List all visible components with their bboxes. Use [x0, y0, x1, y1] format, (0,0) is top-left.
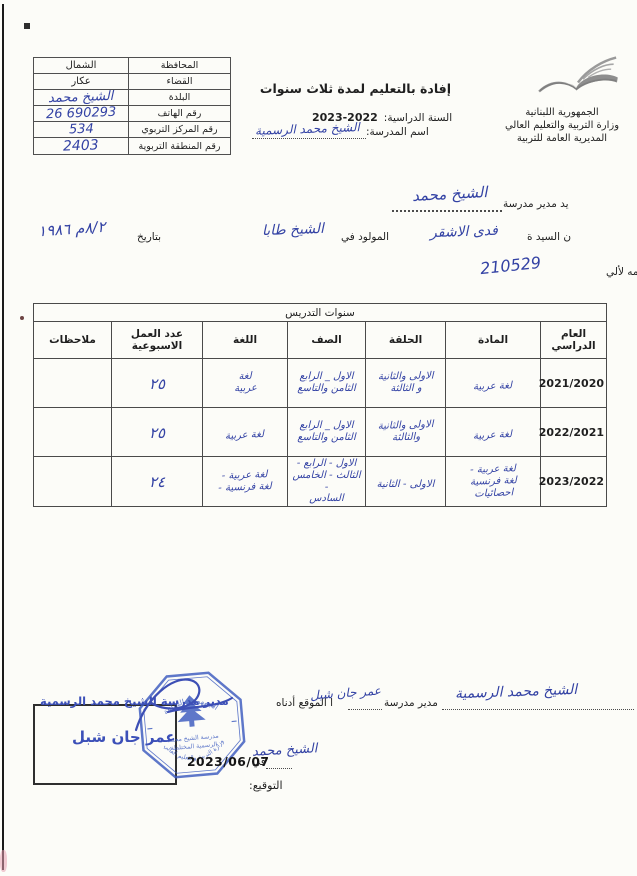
school-name-handwritten: الشيخ محمد الرسمية [255, 120, 360, 138]
subject-cell-handwritten: لغة عربية - لغة فرنسية احصائيات [469, 463, 517, 500]
issue-date-dots [266, 768, 292, 769]
subject-cell-handwritten: لغة عربية [473, 428, 513, 442]
certify-line-text: يد مدير مدرسة [503, 198, 569, 210]
cycle-cell-handwritten: الاولى - الثانية [377, 479, 435, 491]
notes-cell [34, 457, 112, 507]
phone-label: رقم الهاتف [129, 106, 231, 122]
town-value-handwritten: الشيخ محمد [48, 89, 114, 106]
handwritten-signature-squiggle [128, 668, 238, 758]
table-row: رقم المركز التربوي 534 [34, 122, 231, 138]
cycle-cell-handwritten: الاولى والثانية والثالثة [377, 419, 434, 445]
edu-zone-number-value: 2403 [63, 137, 99, 154]
district-value: عكار [34, 74, 129, 90]
scanned-document-page: المحافظة الشمال القضاء عكار البلدة الشيخ… [0, 0, 637, 876]
birthplace-handwritten: الشيخ طابا [262, 221, 324, 239]
pink-smudge-artifact [0, 850, 7, 872]
table-row: رقم المنطقة التربوية 2403 [34, 138, 231, 155]
birthdate-label: بتاريخ [137, 231, 161, 243]
school-name-label: اسم المدرسة: [366, 126, 429, 138]
director-signature-handwritten: عمر جان شبل [310, 684, 382, 703]
issue-school-handwritten: الشيخ محمد [252, 741, 318, 759]
school-year-label: السنة الدراسية: [384, 112, 452, 124]
table-row: البلدة الشيخ محمد [34, 90, 231, 106]
republic-title: الجمهورية اللبنانية [492, 106, 632, 119]
notes-cell [34, 359, 112, 408]
region-info-table: المحافظة الشمال القضاء عكار البلدة الشيخ… [33, 57, 231, 155]
edu-zone-number-label: رقم المنطقة التربوية [129, 138, 231, 155]
undersigned-dots-2 [442, 709, 634, 710]
document-title: إفادة بالتعليم لمدة ثلاث سنوات [303, 81, 451, 96]
years-table-caption: سنوات التدريس [34, 304, 607, 322]
year-cell: 2021/2020 [539, 377, 604, 390]
corner-mark [24, 23, 30, 29]
grade-cell-handwritten: الاول - الرابع - الثالث - الخامس - الساد… [290, 458, 363, 505]
district-label: القضاء [129, 74, 231, 90]
undersigned-role: مدير مدرسة [384, 697, 438, 709]
born-in-label: المولود في [341, 231, 389, 243]
phone-value-handwritten: 26 690293 [46, 105, 117, 122]
col-header-year: العام الدراسي [541, 322, 607, 359]
col-header-weekly-hours: عدد العمل الاسبوعية [112, 322, 203, 359]
subject-cell-handwritten: لغة عربية [473, 380, 512, 393]
governorate-value: الشمال [34, 58, 129, 74]
financial-number-label: قمه لألي [606, 266, 637, 278]
hours-cell-handwritten: ٢٥ [149, 375, 165, 393]
col-header-cycle: الحلقة [366, 322, 446, 359]
table-row: رقم الهاتف 26 690293 [34, 106, 231, 122]
ministry-header-block: الجمهورية اللبنانية وزارة التربية والتعل… [492, 106, 632, 146]
language-cell-handwritten: لغة عربية [225, 428, 265, 442]
certify-school-handwritten: الشيخ محمد [412, 183, 488, 205]
grade-cell-handwritten: الاول _ الرابع الثامن والتاسع [297, 420, 355, 444]
edu-center-number-value: 534 [68, 122, 93, 138]
undersigned-dots-1 [348, 709, 382, 710]
cycle-cell-handwritten: الاولى والثانية و الثالثة [377, 371, 433, 396]
scan-edge-line [2, 4, 4, 870]
edu-center-number-label: رقم المركز التربوي [129, 122, 231, 138]
notes-cell [34, 408, 112, 457]
ministry-open-book-logo-icon [528, 46, 628, 104]
col-header-subject: المادة [446, 322, 541, 359]
col-header-grade: الصف [288, 322, 366, 359]
hours-cell-handwritten: ٢٥ [149, 424, 165, 442]
teacher-name-handwritten: فدى الاشقر [430, 223, 498, 241]
year-cell: 2023/2022 [539, 475, 604, 488]
col-header-language: اللغة [203, 322, 288, 359]
table-row: 2022/2021 لغة عربية الاولى والثانية والث… [34, 408, 607, 457]
grade-cell-handwritten: الاول _ الرابع الثامن والتاسع [297, 371, 355, 395]
ministry-title: وزارة التربية والتعليم العالي [492, 119, 632, 132]
school-name-dotted-line [252, 138, 366, 139]
table-row: القضاء عكار [34, 74, 231, 90]
table-row: 2021/2020 لغة عربية الاولى والثانية و ال… [34, 359, 607, 408]
years-table-header-row: العام الدراسي المادة الحلقة الصف اللغة ع… [34, 322, 607, 359]
certify-dotted-line [392, 210, 502, 212]
birthdate-handwritten: ٨/٢م ١٩٨٦ [37, 218, 106, 241]
financial-number-handwritten: 210529 [479, 253, 542, 278]
table-row: 2023/2022 لغة عربية - لغة فرنسية احصائيا… [34, 457, 607, 507]
hours-cell-handwritten: ٢٤ [149, 473, 165, 491]
undersigned-school-handwritten: الشيخ محمد الرسمية [455, 682, 578, 702]
directorate-title: المديرية العامة للتربية [492, 132, 632, 145]
teaching-years-table: سنوات التدريس العام الدراسي المادة الحلق… [33, 303, 607, 507]
language-cell-handwritten: لغة عربية [233, 371, 256, 395]
ink-dot-artifact [20, 316, 24, 320]
language-cell-handwritten: لغة عربية - لغة فرنسية - [218, 469, 272, 494]
town-label: البلدة [129, 90, 231, 106]
col-header-notes: ملاحظات [34, 322, 112, 359]
governorate-label: المحافظة [129, 58, 231, 74]
person-lead-text: ن السيد ة [527, 231, 571, 243]
table-row: المحافظة الشمال [34, 58, 231, 74]
year-cell: 2022/2021 [539, 426, 604, 439]
